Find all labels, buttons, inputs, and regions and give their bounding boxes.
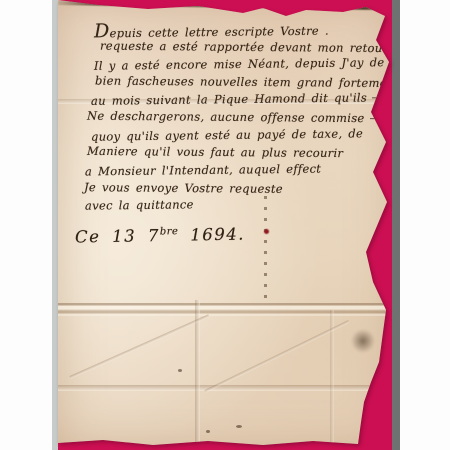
ink-speck xyxy=(178,369,182,372)
fold-crease-diagonal-1 xyxy=(69,314,209,379)
fold-crease-diagonal-2 xyxy=(204,320,349,393)
pen-flourish xyxy=(404,83,428,84)
pen-flourish xyxy=(372,97,396,98)
manuscript-line: au mois suivant la Pique Hamond dit qu'i… xyxy=(91,91,396,108)
manuscript-line: Ne deschargerons, aucune offense commise xyxy=(87,110,394,126)
manuscript-line-text: au mois suivant la Pique Hamond dit qu'i… xyxy=(91,90,367,107)
manuscript-line-text: Ne deschargerons, aucune offense commise xyxy=(87,109,365,125)
fold-crease-horizontal-2 xyxy=(58,303,392,316)
ink-speck xyxy=(236,425,242,428)
pen-flourish xyxy=(393,48,417,49)
manuscript-line: quoy qu'ils ayent esté au payé de taxe, … xyxy=(91,127,363,143)
manuscript-line: Maniere qu'il vous faut au plus recourir xyxy=(87,145,343,160)
right-edge-smudge xyxy=(350,328,376,354)
ink-bleed-column xyxy=(264,196,267,300)
manuscript-line: requeste a esté rapportée devant mon ret… xyxy=(100,40,417,56)
date-year: 1694. xyxy=(190,225,245,245)
paper-shadow-wrap: Depuis cette lettre escripte Vostre . re… xyxy=(52,0,400,450)
letter-photo: Depuis cette lettre escripte Vostre . re… xyxy=(52,0,400,450)
manuscript-line: avec la quittance xyxy=(85,198,194,212)
ink-speck xyxy=(206,430,210,433)
manuscript-line-text: bien fascheuses nouvelles item grand for… xyxy=(95,74,400,91)
manuscript-line: Il y a esté encore mise Néant, depuis J'… xyxy=(94,56,385,73)
manuscript-line: Je vous envoye Vostre requeste xyxy=(84,181,283,196)
date-line: Ce 13 7bre 1694. xyxy=(75,225,245,247)
manuscript-paper: Depuis cette lettre escripte Vostre . re… xyxy=(58,0,392,450)
red-ink-spot xyxy=(264,229,269,234)
manuscript-line: a Monsieur l'Intendant, auquel effect xyxy=(85,163,321,179)
screenshot-stage: Depuis cette lettre escripte Vostre . re… xyxy=(0,0,450,450)
torn-top-edge-stain xyxy=(58,1,392,10)
manuscript-line: bien fascheuses nouvelles item grand for… xyxy=(95,75,429,91)
manuscript-line-text: requeste a esté rapportée devant mon ret… xyxy=(100,39,388,56)
date-superscript: bre xyxy=(160,226,179,237)
pen-flourish xyxy=(370,118,394,119)
fold-crease-horizontal-3 xyxy=(58,385,392,391)
date-prefix: Ce 13 7 xyxy=(75,226,160,246)
manuscript-line: Depuis cette lettre escripte Vostre . xyxy=(94,23,329,41)
